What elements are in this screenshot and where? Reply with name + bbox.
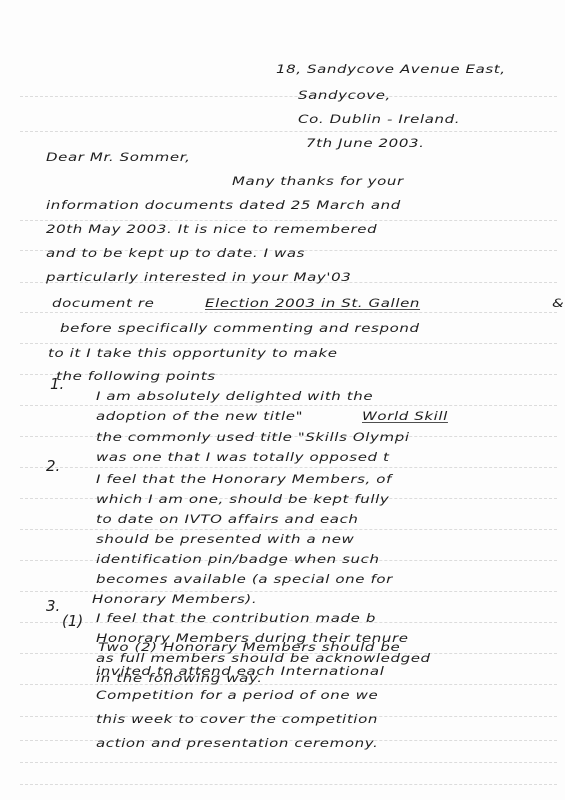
point-line: adoption of the new title" — [96, 409, 303, 423]
point-line: Honorary Members). — [92, 592, 257, 606]
point-line: I feel that the contribution made b — [96, 611, 376, 625]
point-line: becomes available (a special one for — [96, 572, 393, 586]
paragraph-line: document re — [52, 296, 154, 310]
paragraph-line: & — [552, 296, 564, 310]
point-number: 2. — [46, 457, 60, 475]
subpoint-line: this week to cover the competition — [96, 712, 378, 726]
paragraph-line: before specifically commenting and respo… — [60, 321, 420, 335]
subpoint-number: (1) — [62, 612, 83, 630]
paragraph-line: to it I take this opportunity to make — [48, 346, 338, 360]
subpoint-line: action and presentation ceremony. — [96, 736, 378, 750]
point-number: 3. — [46, 597, 60, 615]
subpoint-line: Competition for a period of one we — [96, 688, 378, 702]
paragraph-line: particularly interested in your May'03 — [46, 270, 351, 284]
point-number: 1. — [50, 375, 64, 393]
paragraph-line: the following points — [56, 369, 216, 383]
subpoint-line: Two (2) Honorary Members should be — [98, 640, 400, 654]
paragraph-line: 20th May 2003. It is nice to remembered — [46, 222, 377, 236]
point-line: I am absolutely delighted with the — [96, 389, 373, 403]
paragraph-line: Many thanks for your — [232, 174, 404, 188]
letter-date: 7th June 2003. — [306, 136, 424, 150]
subpoint-line: invited to attend each International — [96, 664, 384, 678]
point-line: should be presented with a new — [96, 532, 354, 546]
point-line: was one that I was totally opposed t — [96, 450, 390, 464]
point-line: the commonly used title "Skills Olympi — [96, 430, 410, 444]
salutation: Dear Mr. Sommer, — [46, 150, 190, 164]
paragraph-line: and to be kept up to date. I was — [46, 246, 305, 260]
point-line: I feel that the Honorary Members, of — [96, 472, 392, 486]
address-line: Co. Dublin - Ireland. — [298, 112, 460, 126]
address-line: 18, Sandycove Avenue East, — [276, 62, 506, 76]
underlined-election-title: Election 2003 in St. Gallen — [205, 296, 420, 310]
paragraph-line: information documents dated 25 March and — [46, 198, 401, 212]
handwritten-letter-page: 18, Sandycove Avenue East, Sandycove, Co… — [0, 0, 565, 800]
point-line: to date on IVTO affairs and each — [96, 512, 359, 526]
underlined-world-skills: World Skill — [362, 409, 448, 423]
point-line: identification pin/badge when such — [96, 552, 380, 566]
address-line: Sandycove, — [298, 88, 391, 102]
point-line: which I am one, should be kept fully — [96, 492, 389, 506]
